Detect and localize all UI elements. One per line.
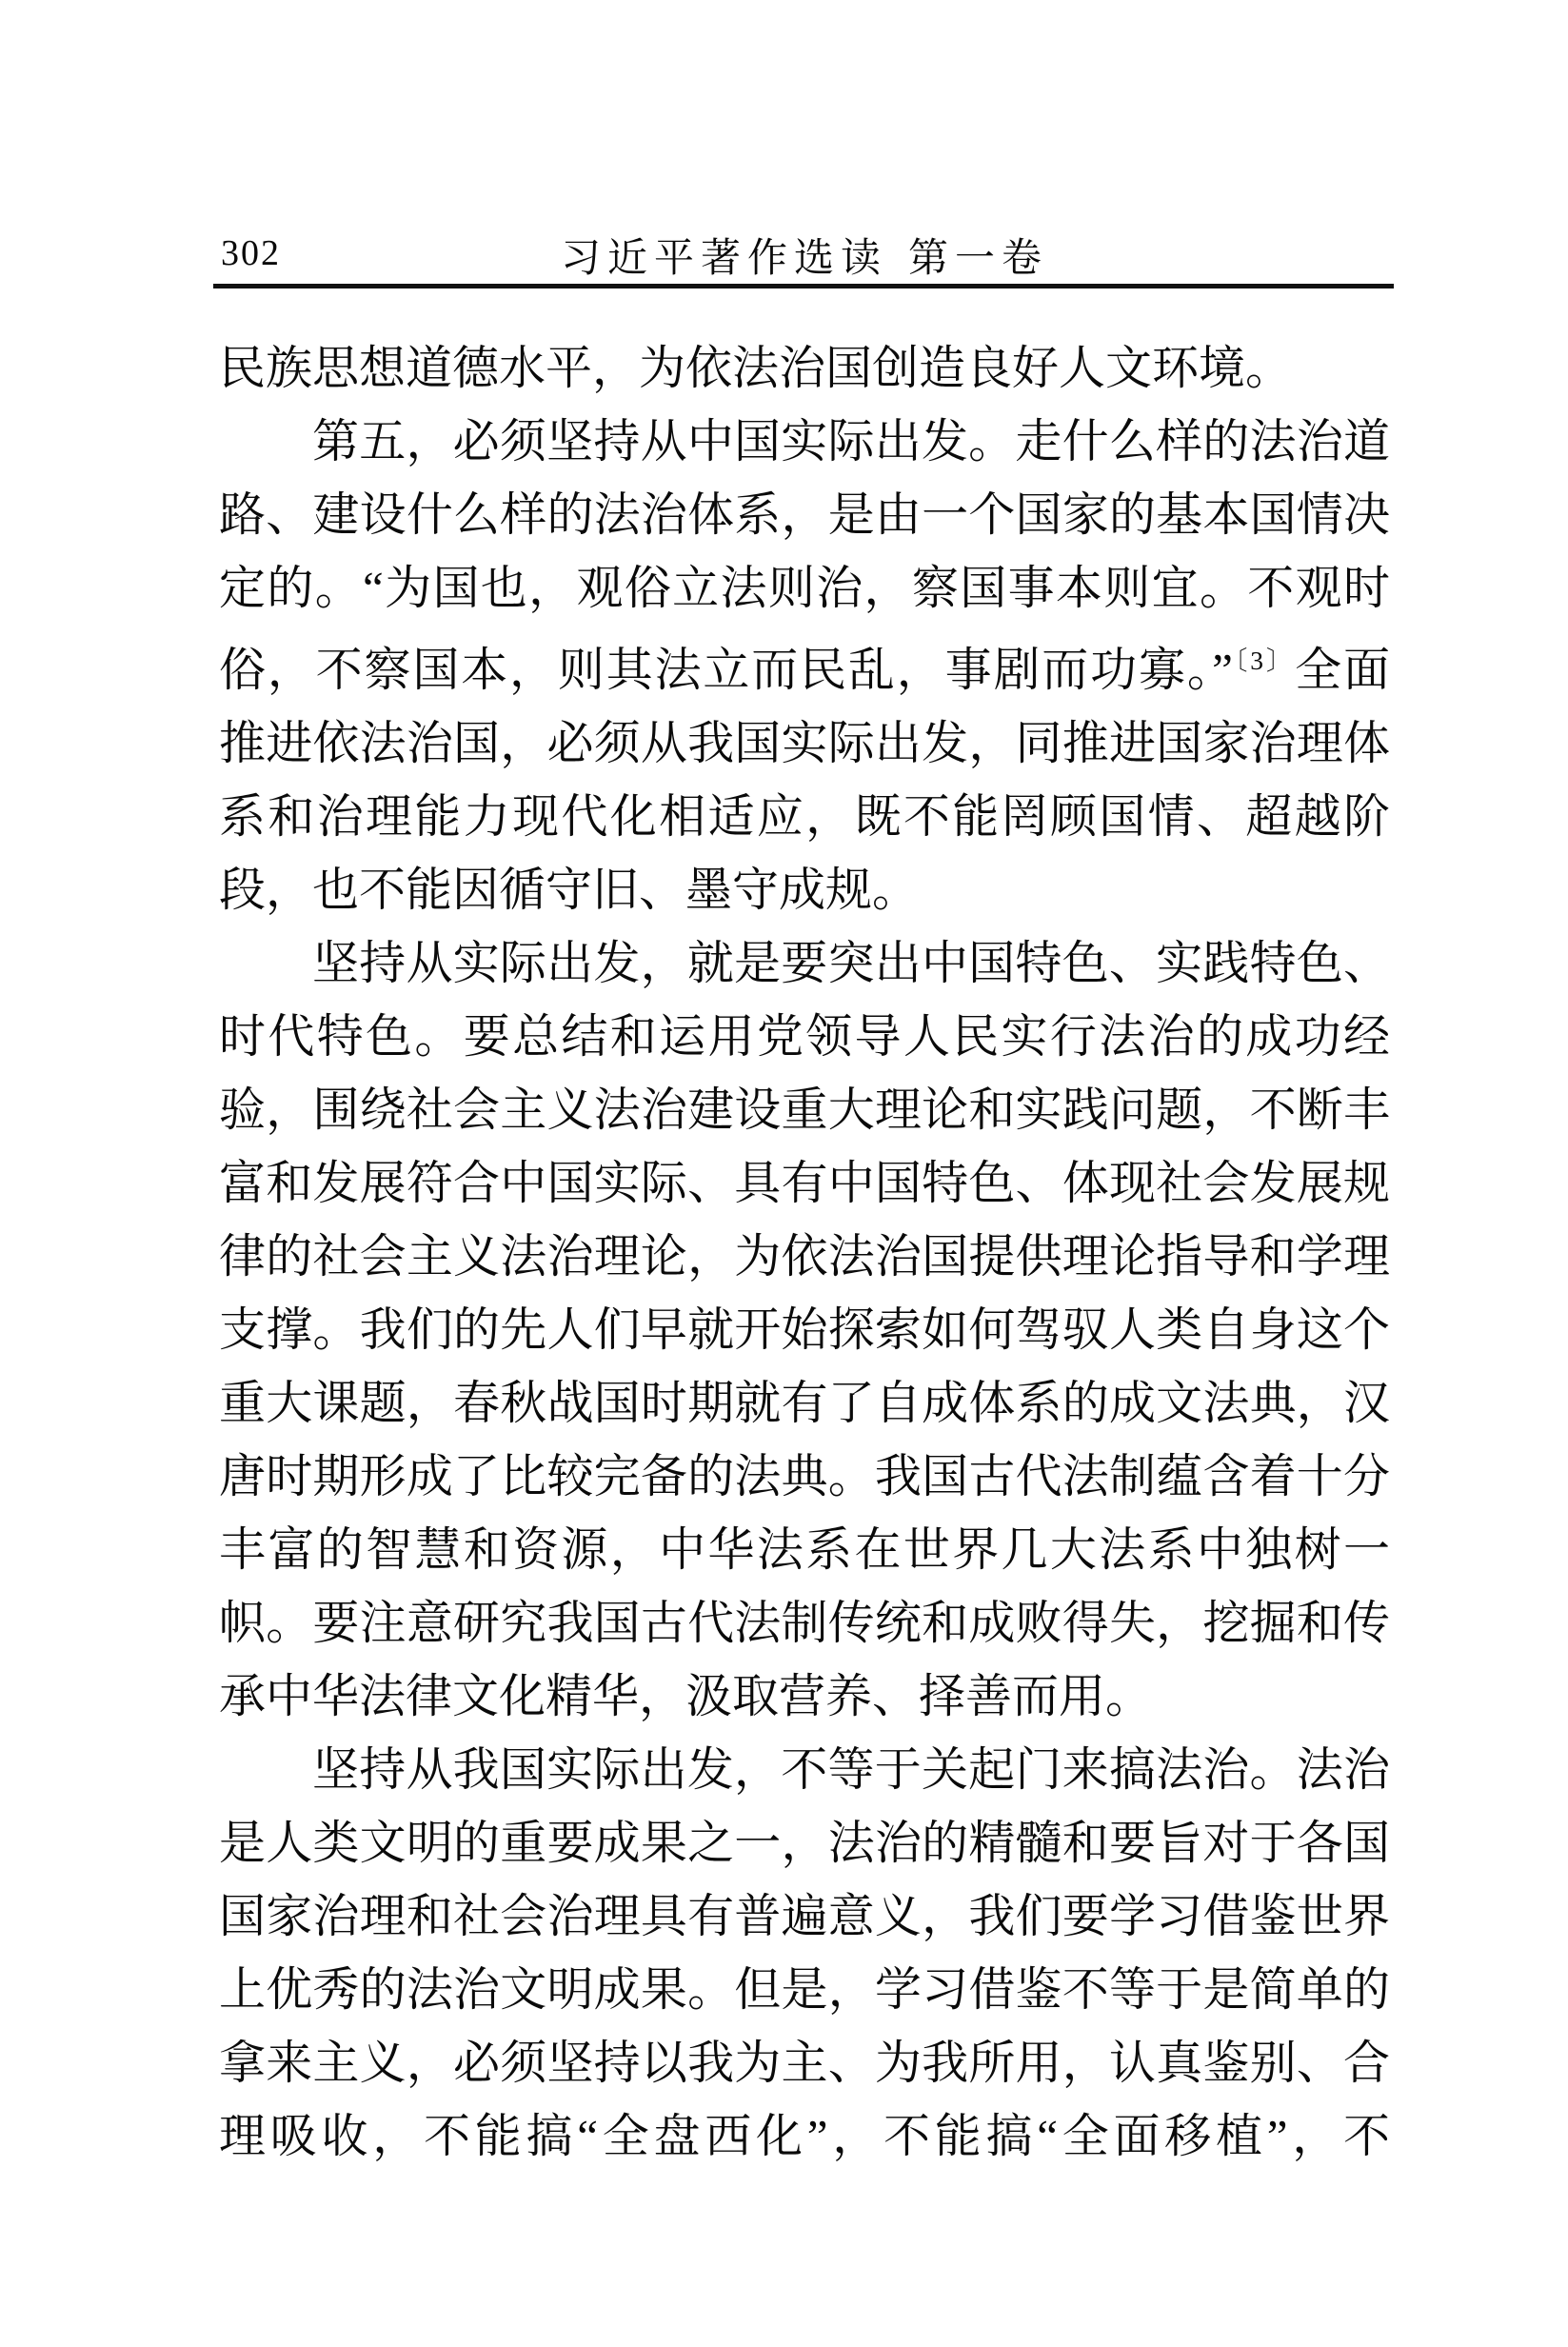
text-line: 唐时期形成了比较完备的法典。我国古代法制蕴含着十分 — [219, 1440, 1390, 1513]
text-line: 富和发展符合中国实际、具有中国特色、体现社会发展规 — [219, 1146, 1390, 1220]
page-header: 302 习近平著作选读第一卷 — [219, 227, 1390, 282]
text-line: 理吸收，不能搞“全盘西化”，不能搞“全面移植”，不 — [219, 2099, 1390, 2173]
text-line: 帜。要注意研究我国古代法制传统和成败得失，挖掘和传 — [219, 1586, 1390, 1660]
text-line: 丰富的智慧和资源，中华法系在世界几大法系中独树一 — [219, 1513, 1390, 1586]
text-line: 路、建设什么样的法治体系，是由一个国家的基本国情决 — [219, 478, 1390, 551]
text-line: 坚持从我国实际出发，不等于关起门来搞法治。法治 — [219, 1733, 1390, 1806]
text-line: 时代特色。要总结和运用党领导人民实行法治的成功经 — [219, 1000, 1390, 1073]
text-segment: 俗，不察国本，则其法立而民乱，事剧而功寡。” — [219, 644, 1233, 696]
text-line: 上优秀的法治文明成果。但是，学习借鉴不等于是简单的 — [219, 1953, 1390, 2026]
text-line: 律的社会主义法治理论，为依法治国提供理论指导和学理 — [219, 1220, 1390, 1293]
text-line: 坚持从实际出发，就是要突出中国特色、实践特色、 — [219, 926, 1390, 1000]
header-rule — [213, 284, 1394, 288]
text-line: 定的。“为国也，观俗立法则治，察国事本则宜。不观时 — [219, 551, 1390, 625]
book-title: 习近平著作选读 — [561, 237, 887, 281]
text-line: 俗，不察国本，则其法立而民乱，事剧而功寡。”〔3〕全面 — [219, 625, 1390, 706]
text-line: 民族思想道德水平，为依法治国创造良好人文环境。 — [219, 331, 1390, 405]
text-line: 段，也不能因循守旧、墨守成规。 — [219, 853, 1390, 926]
book-page: 302 习近平著作选读第一卷 民族思想道德水平，为依法治国创造良好人文环境。第五… — [0, 0, 1568, 2347]
text-line: 推进依法治国，必须从我国实际出发，同推进国家治理体 — [219, 706, 1390, 780]
text-line: 系和治理能力现代化相适应，既不能罔顾国情、超越阶 — [219, 780, 1390, 853]
text-line: 支撑。我们的先人们早就开始探索如何驾驭人类自身这个 — [219, 1293, 1390, 1366]
text-line: 第五，必须坚持从中国实际出发。走什么样的法治道 — [219, 405, 1390, 478]
footnote-ref-3: 〔3〕 — [1233, 646, 1295, 675]
text-line: 国家治理和社会治理具有普遍意义，我们要学习借鉴世界 — [219, 1880, 1390, 1953]
text-line: 是人类文明的重要成果之一，法治的精髓和要旨对于各国 — [219, 1806, 1390, 1880]
text-segment: 全面 — [1295, 644, 1390, 696]
text-line: 重大课题，春秋战国时期就有了自成体系的成文法典，汉 — [219, 1366, 1390, 1440]
volume-label: 第一卷 — [908, 237, 1048, 281]
running-title: 习近平著作选读第一卷 — [219, 227, 1390, 284]
text-line: 拿来主义，必须坚持以我为主、为我所用，认真鉴别、合 — [219, 2026, 1390, 2099]
text-line: 验，围绕社会主义法治建设重大理论和实践问题，不断丰 — [219, 1073, 1390, 1146]
text-line: 承中华法律文化精华，汲取营养、择善而用。 — [219, 1660, 1390, 1733]
body-text: 民族思想道德水平，为依法治国创造良好人文环境。第五，必须坚持从中国实际出发。走什… — [219, 331, 1390, 2173]
